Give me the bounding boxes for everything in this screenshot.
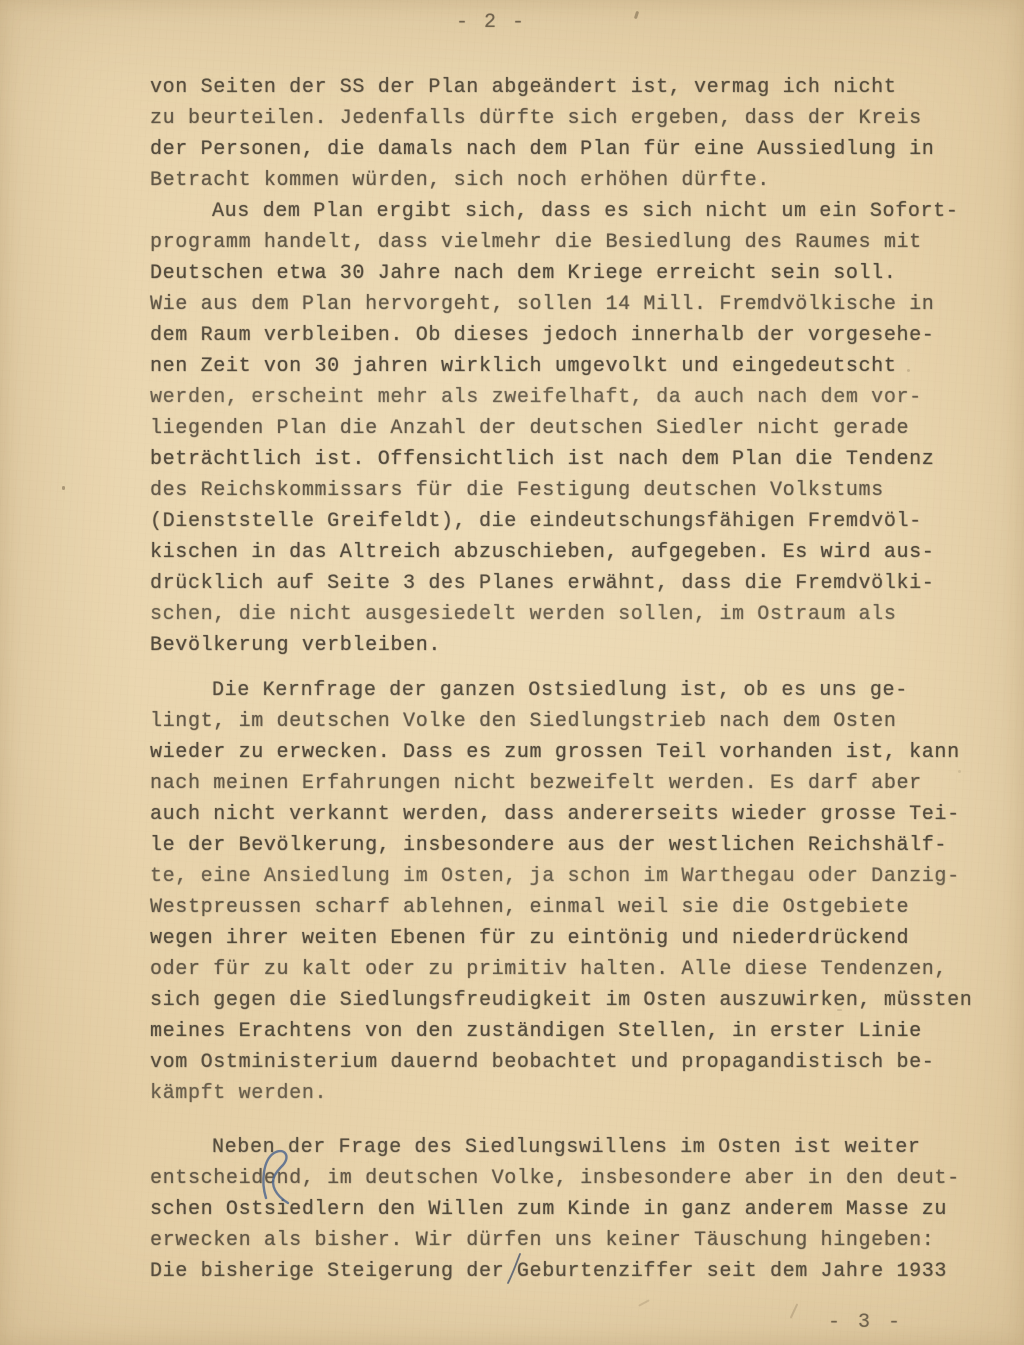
text-line: nen Zeit von 30 jahren wirklich umgevolk… xyxy=(150,351,1010,382)
text-line: kischen in das Altreich abzuschieben, au… xyxy=(150,537,1010,568)
text-line: Bevölkerung verbleiben. xyxy=(150,630,1010,661)
scanned-page: - 2 - von Seiten der SS der Plan abgeänd… xyxy=(0,0,1024,1345)
paragraph: von Seiten der SS der Plan abgeändert is… xyxy=(150,72,1010,196)
text-line: beträchtlich ist. Offensichtlich ist nac… xyxy=(150,444,1010,475)
text-line: lingt, im deutschen Volke den Siedlungst… xyxy=(150,706,1010,737)
text-line: auch nicht verkannt werden, dass anderer… xyxy=(150,799,1010,830)
text-line: erwecken als bisher. Wir dürfen uns kein… xyxy=(150,1225,1010,1256)
page-number-header: - 2 - xyxy=(456,10,526,36)
text-line: werden, erscheint mehr als zweifelhaft, … xyxy=(150,382,1010,413)
text-line: Betracht kommen würden, sich noch erhöhe… xyxy=(150,165,1010,196)
text-line: meines Erachtens von den zuständigen Ste… xyxy=(150,1016,1010,1047)
text-line: wieder zu erwecken. Dass es zum grossen … xyxy=(150,737,1010,768)
text-line: te, eine Ansiedlung im Osten, ja schon i… xyxy=(150,861,1010,892)
text-line: schen, die nicht ausgesiedelt werden sol… xyxy=(150,599,1010,630)
paper-speck xyxy=(634,11,639,20)
text-line: nach meinen Erfahrungen nicht bezweifelt… xyxy=(150,768,1010,799)
paragraph: Aus dem Plan ergibt sich, dass es sich n… xyxy=(150,196,1010,661)
text-line: sich gegen die Siedlungsfreudigkeit im O… xyxy=(150,985,1010,1016)
document-body: von Seiten der SS der Plan abgeändert is… xyxy=(150,72,1010,1287)
text-line: dem Raum verbleiben. Ob dieses jedoch in… xyxy=(150,320,1010,351)
text-line: Wie aus dem Plan hervorgeht, sollen 14 M… xyxy=(150,289,1010,320)
text-line: le der Bevölkerung, insbesondere aus der… xyxy=(150,830,1010,861)
paper-speck xyxy=(638,1299,650,1306)
text-line: zu beurteilen. Jedenfalls dürfte sich er… xyxy=(150,103,1010,134)
text-line: (Dienststelle Greifeldt), die eindeutsch… xyxy=(150,506,1010,537)
page-number-footer: - 3 - xyxy=(828,1310,903,1336)
text-line: von Seiten der SS der Plan abgeändert is… xyxy=(150,72,1010,103)
text-line: Aus dem Plan ergibt sich, dass es sich n… xyxy=(150,196,1010,227)
text-line: schen Ostsiedlern den Willen zum Kinde i… xyxy=(150,1194,1010,1225)
text-line: wegen ihrer weiten Ebenen für zu eintöni… xyxy=(150,923,1010,954)
text-line: des Reichskommissars für die Festigung d… xyxy=(150,475,1010,506)
text-line: Die bisherige Steigerung der Geburtenzif… xyxy=(150,1256,1010,1287)
paragraph: Neben der Frage des Siedlungswillens im … xyxy=(150,1132,1010,1287)
text-line: drücklich auf Seite 3 des Planes erwähnt… xyxy=(150,568,1010,599)
paper-speck xyxy=(790,1303,799,1318)
text-line: entscheidend, im deutschen Volke, insbes… xyxy=(150,1163,1010,1194)
paper-speck xyxy=(62,486,65,490)
text-line: liegenden Plan die Anzahl der deutschen … xyxy=(150,413,1010,444)
text-line: Die Kernfrage der ganzen Ostsiedlung ist… xyxy=(150,675,1010,706)
text-line: oder für zu kalt oder zu primitiv halten… xyxy=(150,954,1010,985)
paragraph: Die Kernfrage der ganzen Ostsiedlung ist… xyxy=(150,675,1010,1109)
text-line: kämpft werden. xyxy=(150,1078,1010,1109)
text-line: Deutschen etwa 30 Jahre nach dem Kriege … xyxy=(150,258,1010,289)
text-line: Westpreussen scharf ablehnen, einmal wei… xyxy=(150,892,1010,923)
text-line: programm handelt, dass vielmehr die Besi… xyxy=(150,227,1010,258)
text-line: der Personen, die damals nach dem Plan f… xyxy=(150,134,1010,165)
text-line: Neben der Frage des Siedlungswillens im … xyxy=(150,1132,1010,1163)
text-line: vom Ostministerium dauernd beobachtet un… xyxy=(150,1047,1010,1078)
